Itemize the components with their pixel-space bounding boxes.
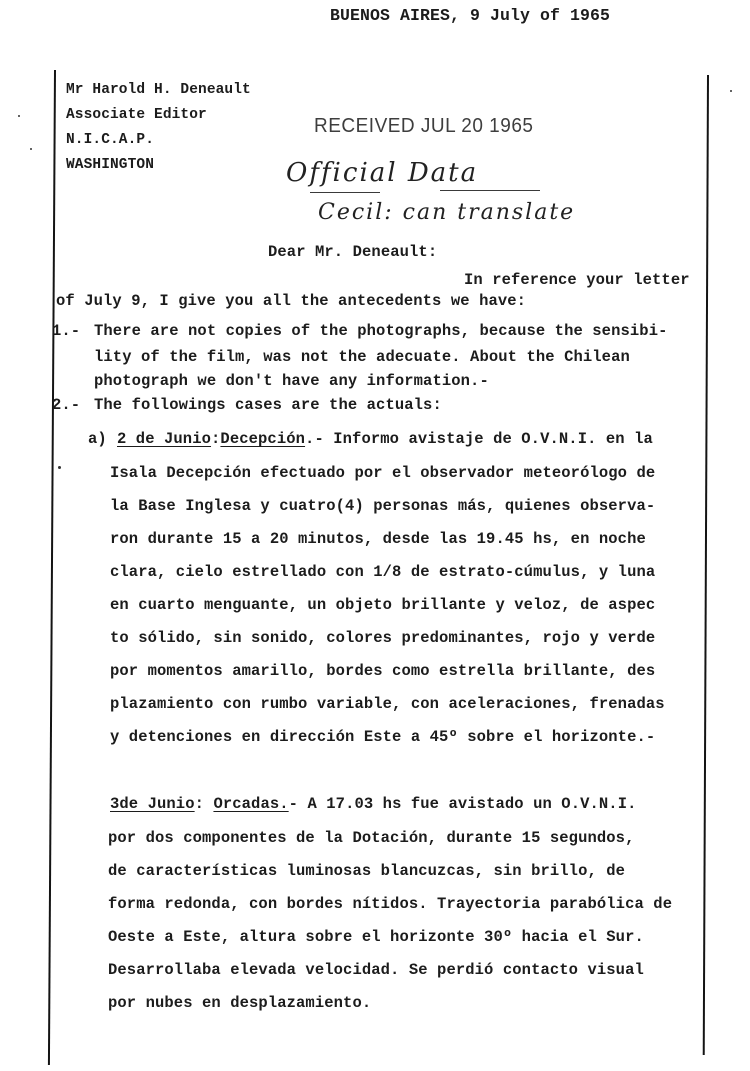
case-b-line: por nubes en desplazamiento. bbox=[108, 996, 371, 1012]
case-a-place: Decepción bbox=[220, 430, 305, 448]
case-a-line: plazamiento con rumbo variable, con acel… bbox=[110, 697, 665, 713]
item-number: 1.- bbox=[52, 324, 80, 340]
right-margin-line bbox=[703, 75, 709, 1055]
intro-line: In reference your letter bbox=[464, 273, 690, 289]
addressee-line: WASHINGTON bbox=[66, 158, 154, 173]
place-date: BUENOS AIRES, 9 July of 1965 bbox=[330, 8, 610, 25]
case-b-line: Desarrollaba elevada velocidad. Se perdi… bbox=[108, 963, 644, 979]
case-a-line: en cuarto menguante, un objeto brillante… bbox=[110, 598, 655, 614]
case-b-sep: : bbox=[195, 795, 214, 813]
case-b-line: forma redonda, con bordes nítidos. Traye… bbox=[108, 897, 672, 913]
case-a-heading: 2 de Junio:Decepción.- Informo avistaje … bbox=[117, 432, 653, 448]
case-a-date: 2 de Junio bbox=[117, 430, 211, 448]
case-b-line: Oeste a Este, altura sobre el horizonte … bbox=[108, 930, 644, 946]
case-b-date: 3de Junio bbox=[110, 795, 195, 813]
item2-text: The followings cases are the actuals: bbox=[94, 398, 442, 414]
addressee-line: Mr Harold H. Deneault bbox=[66, 83, 251, 98]
scan-speck bbox=[18, 115, 20, 117]
case-a-line: la Base Inglesa y cuatro(4) personas más… bbox=[110, 499, 655, 515]
left-margin-line bbox=[48, 70, 56, 1065]
handwritten-underline bbox=[310, 192, 380, 193]
item1-line: There are not copies of the photographs,… bbox=[94, 324, 668, 340]
handwritten-note-translate: Cecil: can translate bbox=[318, 200, 575, 225]
scan-speck bbox=[58, 466, 61, 469]
handwritten-underline bbox=[440, 190, 540, 191]
case-b-line: de características luminosas blancuzcas,… bbox=[108, 864, 625, 880]
received-stamp: RECEIVED JUL 20 1965 bbox=[314, 115, 533, 138]
addressee-line: N.I.C.A.P. bbox=[66, 133, 154, 148]
item-number: 2.- bbox=[52, 398, 80, 414]
case-a-line: .- Informo avistaje de O.V.N.I. en la bbox=[305, 430, 653, 448]
case-a-line: Isala Decepción efectuado por el observa… bbox=[110, 466, 655, 482]
case-a-line: to sólido, sin sonido, colores predomina… bbox=[110, 631, 655, 647]
case-a-line: clara, cielo estrellado con 1/8 de estra… bbox=[110, 565, 655, 581]
case-b-heading: 3de Junio: Orcadas.- A 17.03 hs fue avis… bbox=[110, 797, 637, 813]
item1-line: lity of the film, was not the adecuate. … bbox=[94, 350, 630, 366]
case-a-sep: : bbox=[211, 430, 220, 448]
case-b-line: - A 17.03 hs fue avistado un O.V.N.I. bbox=[289, 795, 637, 813]
case-marker: a) bbox=[88, 432, 107, 448]
case-b-place: Orcadas. bbox=[213, 795, 288, 813]
addressee-line: Associate Editor bbox=[66, 108, 207, 123]
scan-speck bbox=[730, 90, 732, 92]
salutation: Dear Mr. Deneault: bbox=[268, 245, 437, 261]
handwritten-note-official-data: Official Data bbox=[286, 158, 478, 188]
item1-line: photograph we don't have any information… bbox=[94, 374, 489, 390]
scan-speck bbox=[30, 148, 32, 150]
case-b-line: por dos componentes de la Dotación, dura… bbox=[108, 831, 634, 847]
case-a-line: ron durante 15 a 20 minutos, desde las 1… bbox=[110, 532, 646, 548]
case-a-line: y detenciones en dirección Este a 45º so… bbox=[110, 730, 655, 746]
case-a-line: por momentos amarillo, bordes como estre… bbox=[110, 664, 655, 680]
intro-line: of July 9, I give you all the antecedent… bbox=[56, 294, 526, 310]
